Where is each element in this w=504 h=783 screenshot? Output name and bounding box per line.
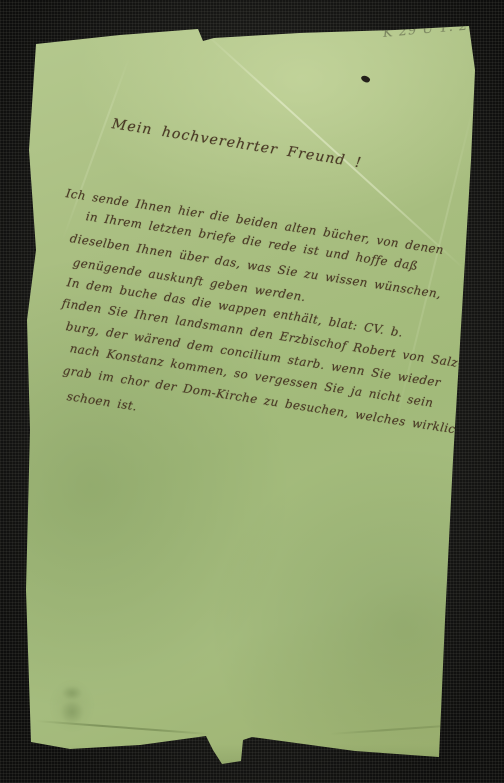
- letter-line: schoen ist.: [66, 389, 138, 413]
- scanned-letter-page: K 29 U 1. 21 Mein hochverehrter Freund !…: [0, 0, 504, 783]
- embossed-stamp: [50, 680, 94, 732]
- ink-speck: [360, 74, 371, 84]
- letter-paper: K 29 U 1. 21 Mein hochverehrter Freund !…: [0, 0, 504, 783]
- letter-salutation: Mein hochverehrter Freund !: [111, 116, 363, 171]
